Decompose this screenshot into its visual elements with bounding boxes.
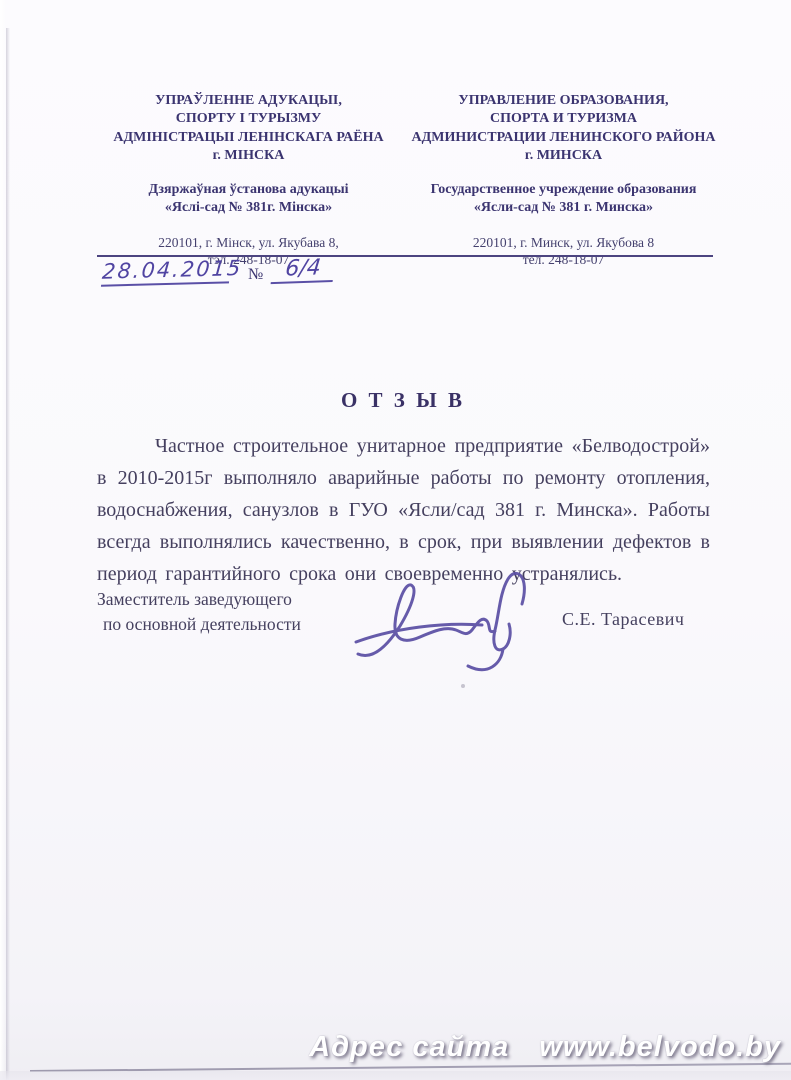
- reference-line: 28.04.2015 № 6/4: [100, 258, 420, 294]
- org-line: г. МИНСКА: [410, 147, 717, 165]
- scan-left-edge: [6, 28, 10, 1080]
- institution-line: Государственное учреждение образования: [410, 181, 717, 199]
- org-line: СПОРТА И ТУРИЗМА: [410, 110, 717, 128]
- document-title: О Т З Ы В: [95, 388, 711, 413]
- site-watermark: Адрес сайтаwww.belvodo.by: [309, 1031, 781, 1064]
- org-line: СПОРТУ І ТУРЫЗМУ: [95, 110, 402, 128]
- address-line: тел. 248-18-07: [410, 251, 717, 269]
- org-line: УПРАЎЛЕННЕ АДУКАЦЫІ,: [95, 92, 402, 110]
- signer-name: С.Е. Тарасевич: [562, 609, 684, 630]
- watermark-label: Адрес сайта: [309, 1031, 509, 1063]
- signer-position-line: Заместитель заведующего: [97, 587, 301, 612]
- institution-line: Дзяржаўная ўстанова адукацыі: [95, 181, 402, 199]
- signer-position: Заместитель заведующего по основной деят…: [97, 587, 301, 638]
- letterhead: УПРАЎЛЕННЕ АДУКАЦЫІ, СПОРТУ І ТУРЫЗМУ АД…: [95, 92, 717, 269]
- signer-position-line: по основной деятельности: [97, 612, 301, 637]
- org-line: АДМІНІСТРАЦЫІ ЛЕНІНСКАГА РАЁНА: [95, 129, 402, 147]
- institution-line: «Ясли-сад № 381 г. Минска»: [410, 199, 717, 217]
- address-line: 220101, г. Минск, ул. Якубова 8: [410, 234, 717, 252]
- org-line: УПРАВЛЕНИЕ ОБРАЗОВАНИЯ,: [410, 92, 717, 110]
- institution-line: «Яслі-сад № 381г. Мінска»: [95, 199, 402, 217]
- address-right: 220101, г. Минск, ул. Якубова 8 тел. 248…: [410, 234, 717, 269]
- address-line: 220101, г. Мінск, ул. Якубава 8,: [95, 234, 402, 252]
- number-sign-label: №: [248, 266, 263, 284]
- institution-name-left: Дзяржаўная ўстанова адукацыі «Яслі-сад №…: [95, 181, 402, 218]
- watermark-url: www.belvodo.by: [539, 1031, 781, 1063]
- org-name-left: УПРАЎЛЕННЕ АДУКАЦЫІ, СПОРТУ І ТУРЫЗМУ АД…: [95, 92, 402, 166]
- scan-bottom-strip: [0, 1071, 791, 1080]
- institution-name-right: Государственное учреждение образования «…: [410, 181, 717, 218]
- org-line: АДМИНИСТРАЦИИ ЛЕНИНСКОГО РАЙОНА: [410, 129, 717, 147]
- org-line: г. МІНСКА: [95, 147, 402, 165]
- letterhead-right-russian: УПРАВЛЕНИЕ ОБРАЗОВАНИЯ, СПОРТА И ТУРИЗМА…: [410, 92, 717, 269]
- org-name-right: УПРАВЛЕНИЕ ОБРАЗОВАНИЯ, СПОРТА И ТУРИЗМА…: [410, 92, 717, 166]
- handwritten-signature: [352, 562, 537, 682]
- handwritten-document-number: 6/4: [271, 255, 336, 284]
- handwritten-date: 28.04.2015: [101, 256, 231, 286]
- scanned-document-page: УПРАЎЛЕННЕ АДУКАЦЫІ, СПОРТУ І ТУРЫЗМУ АД…: [0, 0, 791, 1080]
- letterhead-left-belarusian: УПРАЎЛЕННЕ АДУКАЦЫІ, СПОРТУ І ТУРЫЗМУ АД…: [95, 92, 402, 269]
- scan-artifact-speck: [461, 684, 465, 688]
